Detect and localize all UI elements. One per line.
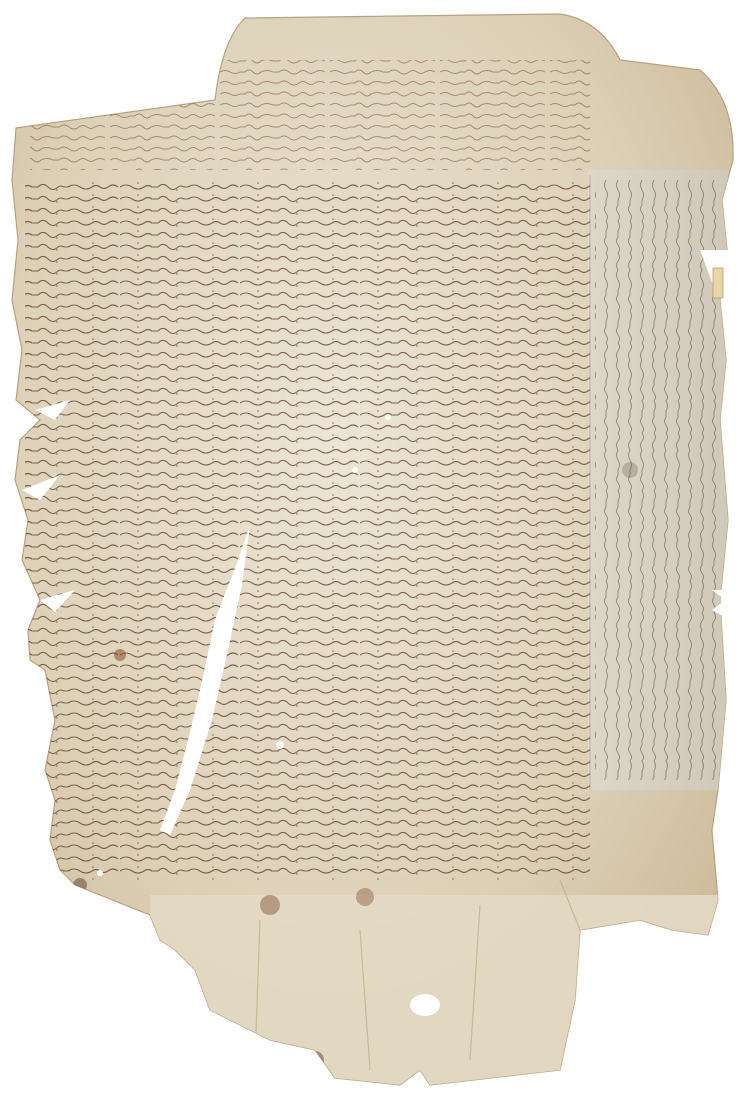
paper-tab	[713, 268, 723, 298]
main-text-block	[25, 180, 590, 880]
top-text-block	[30, 60, 590, 170]
manuscript-photo	[0, 0, 750, 1098]
bottom-blank-area	[150, 895, 730, 1095]
